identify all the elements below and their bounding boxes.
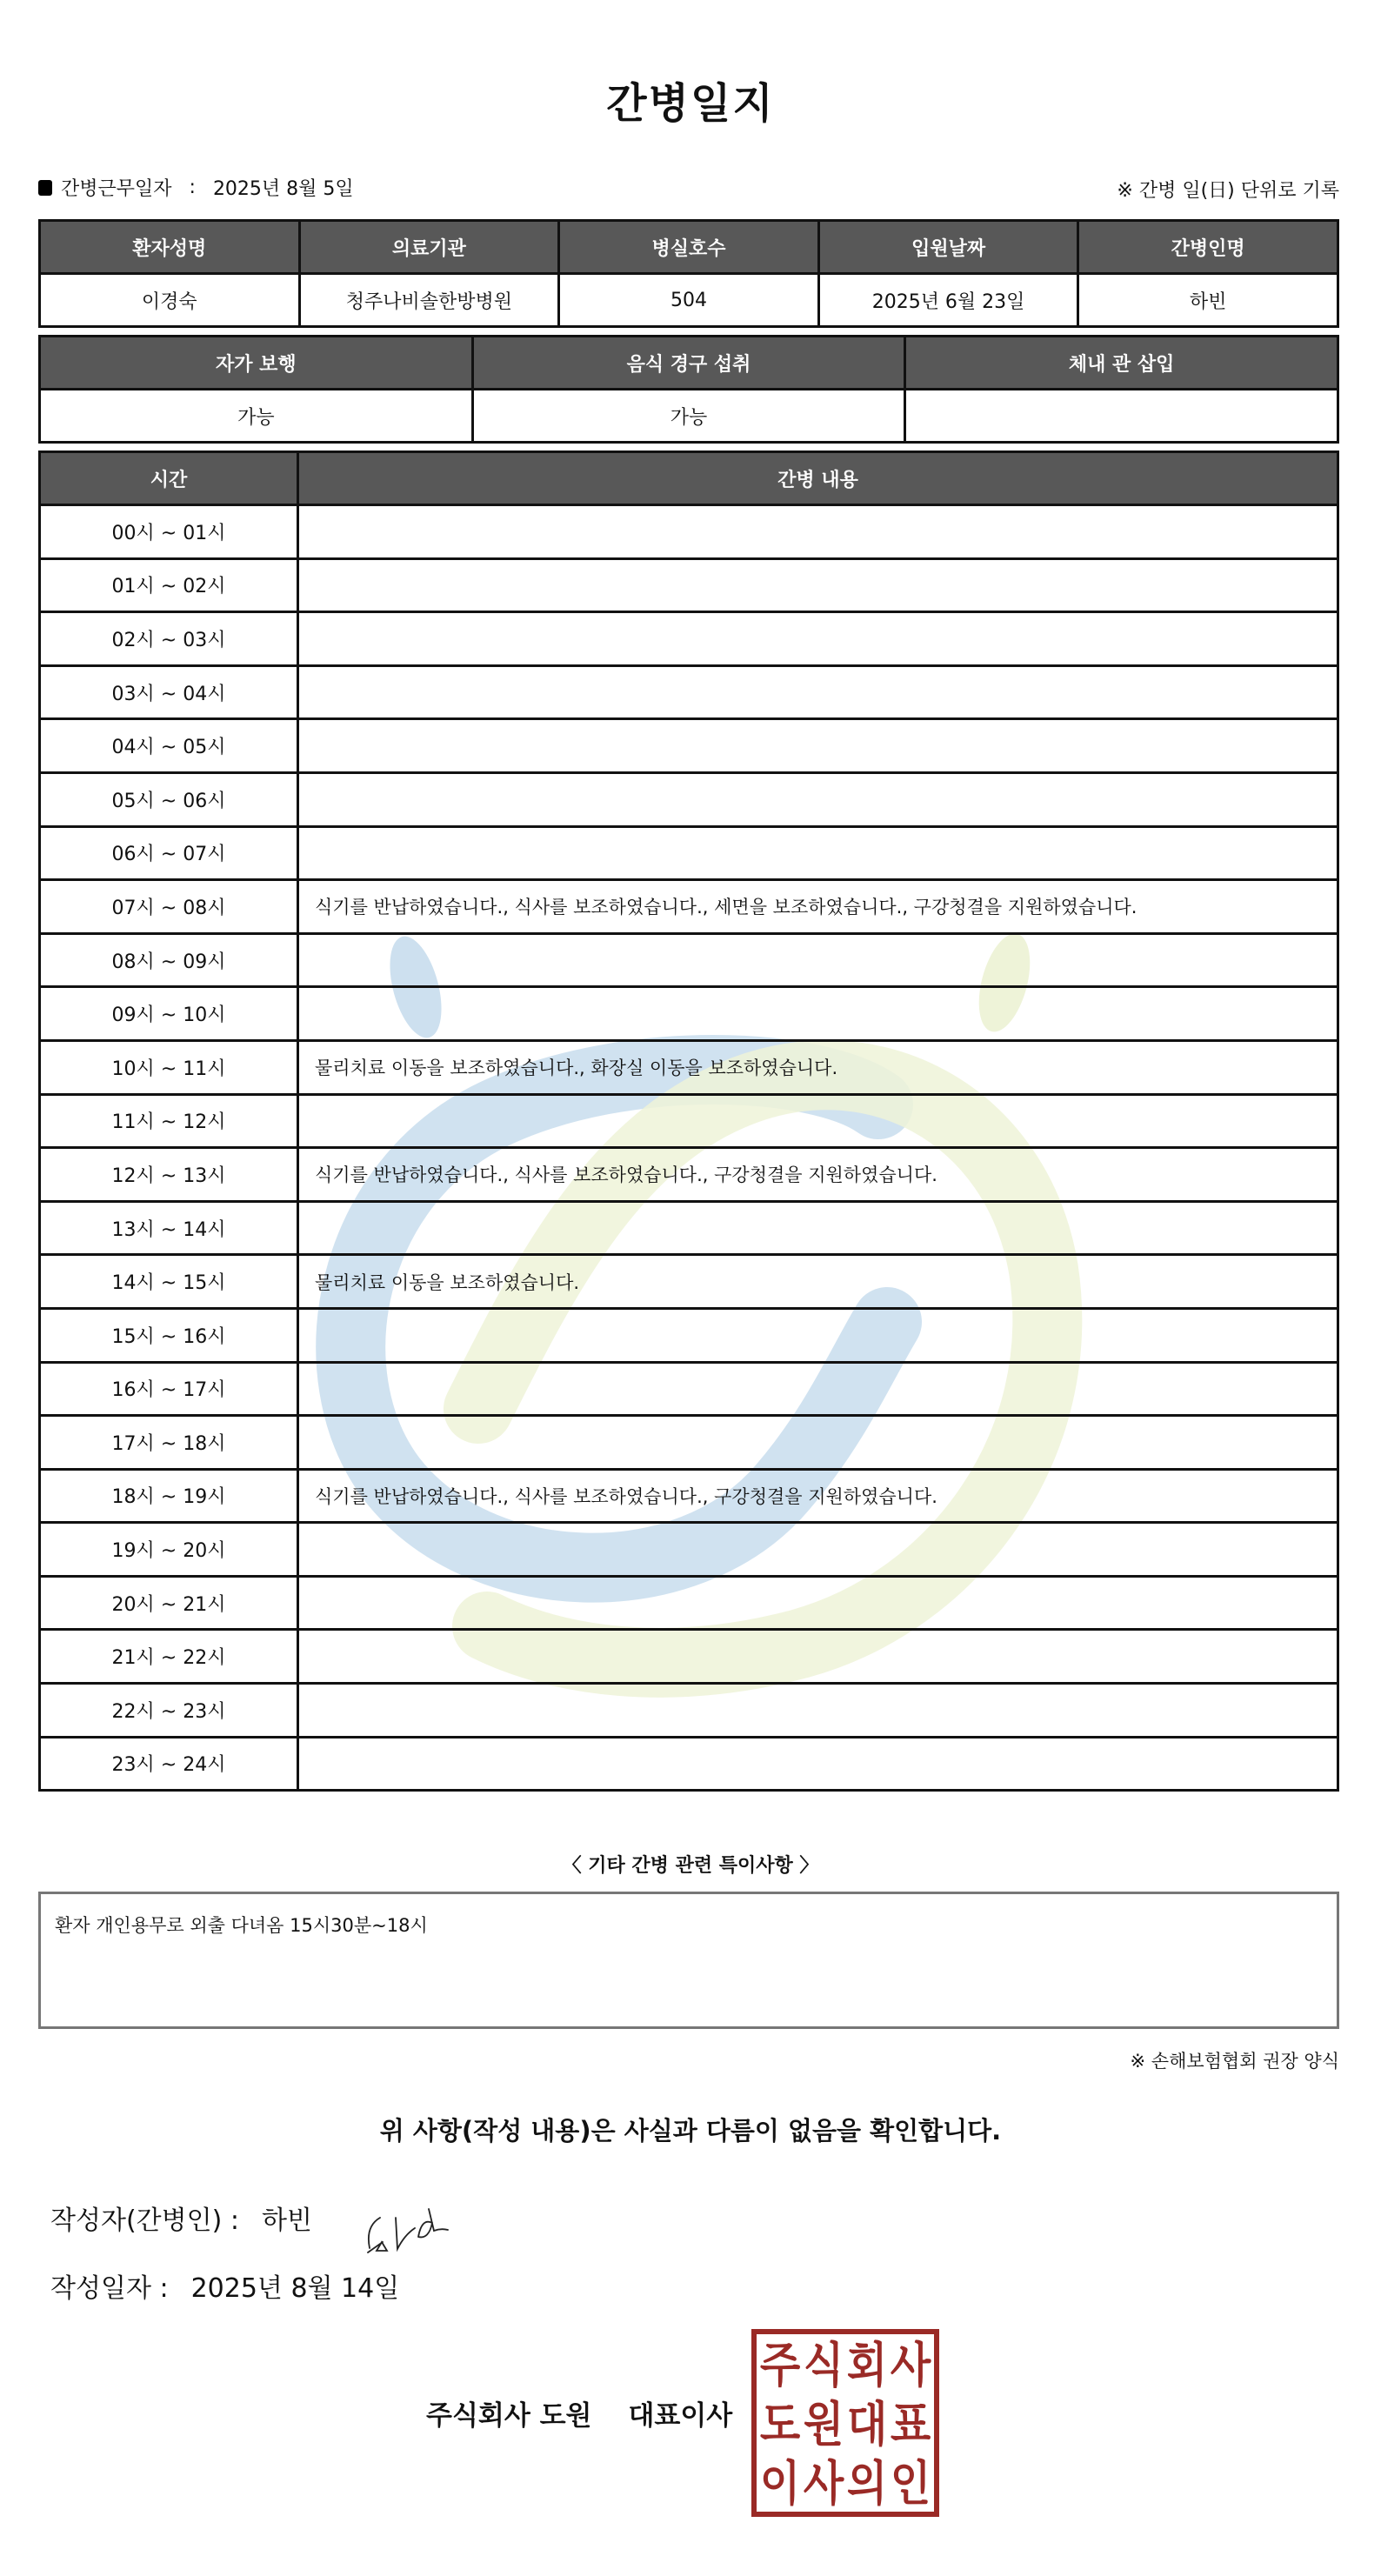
time-slot: 03시 ~ 04시 xyxy=(40,665,298,719)
time-slot: 14시 ~ 15시 xyxy=(40,1255,298,1309)
table-row: 13시 ~ 14시 xyxy=(40,1201,1338,1255)
time-slot: 08시 ~ 09시 xyxy=(40,933,298,987)
unit-note: ※ 간병 일(日) 단위로 기록 xyxy=(1117,176,1339,203)
time-slot: 05시 ~ 06시 xyxy=(40,772,298,826)
table-row: 16시 ~ 17시 xyxy=(40,1362,1338,1416)
header-admission-date: 입원날짜 xyxy=(818,221,1078,274)
header-self-walking: 자가 보행 xyxy=(40,337,473,390)
admission-date: 2025년 6월 23일 xyxy=(818,274,1078,327)
form-source-note: ※ 손해보험협회 권장 양식 xyxy=(1131,2047,1339,2073)
written-date-label: 작성일자 : xyxy=(50,2266,169,2305)
time-slot: 19시 ~ 20시 xyxy=(40,1523,298,1577)
care-content xyxy=(298,505,1338,559)
table-row: 08시 ~ 09시 xyxy=(40,933,1338,987)
time-slot: 07시 ~ 08시 xyxy=(40,880,298,934)
table-row: 05시 ~ 06시 xyxy=(40,772,1338,826)
seal-char: 대 xyxy=(845,2391,889,2459)
care-content xyxy=(298,1684,1338,1738)
confirmation-statement: 위 사항(작성 내용)은 사실과 다름이 없음을 확인합니다. xyxy=(0,2112,1381,2147)
table-row: 15시 ~ 16시 xyxy=(40,1308,1338,1362)
time-slot: 12시 ~ 13시 xyxy=(40,1148,298,1202)
time-slot: 10시 ~ 11시 xyxy=(40,1040,298,1094)
table-row: 21시 ~ 22시 xyxy=(40,1630,1338,1684)
company-line: 주식회사 도원 대표이사 xyxy=(426,2393,732,2433)
work-date-label: 간병근무일자 xyxy=(61,174,172,201)
work-date-separator: : xyxy=(190,177,196,198)
time-slot: 02시 ~ 03시 xyxy=(40,612,298,666)
care-content xyxy=(298,772,1338,826)
care-content: 식기를 반납하였습니다., 식사를 보조하였습니다., 구강청결을 지원하였습니… xyxy=(298,1469,1338,1523)
header-oral-intake: 음식 경구 섭취 xyxy=(472,337,905,390)
table-row: 11시 ~ 12시 xyxy=(40,1094,1338,1148)
time-slot: 09시 ~ 10시 xyxy=(40,987,298,1041)
care-content xyxy=(298,1362,1338,1416)
header-care-content: 간병 내용 xyxy=(298,452,1338,505)
header-institution: 의료기관 xyxy=(299,221,559,274)
work-date-value: 2025년 8월 5일 xyxy=(213,174,354,201)
page-title: 간병일지 xyxy=(0,70,1381,130)
care-content xyxy=(298,1201,1338,1255)
company-name: 주식회사 도원 xyxy=(426,2393,591,2433)
header-caregiver: 간병인명 xyxy=(1078,221,1338,274)
institution: 청주나비솔한방병원 xyxy=(299,274,559,327)
time-slot: 21시 ~ 22시 xyxy=(40,1630,298,1684)
care-content xyxy=(298,558,1338,612)
seal-char: 의 xyxy=(845,2450,889,2518)
seal-char: 주 xyxy=(758,2332,802,2399)
time-slot: 22시 ~ 23시 xyxy=(40,1684,298,1738)
square-bullet-icon xyxy=(38,180,52,196)
care-content xyxy=(298,1737,1338,1791)
time-slot: 18시 ~ 19시 xyxy=(40,1469,298,1523)
table-row: 04시 ~ 05시 xyxy=(40,719,1338,773)
patient-status-table: 자가 보행 음식 경구 섭취 체내 관 삽입 가능 가능 xyxy=(38,335,1339,444)
time-slot: 20시 ~ 21시 xyxy=(40,1576,298,1630)
patient-info-table: 환자성명 의료기관 병실호수 입원날짜 간병인명 이경숙 청주나비솔한방병원 5… xyxy=(38,219,1339,328)
seal-char: 회 xyxy=(845,2332,889,2399)
seal-char: 사 xyxy=(889,2332,932,2399)
seal-char: 사 xyxy=(802,2450,845,2518)
time-slot: 06시 ~ 07시 xyxy=(40,826,298,880)
care-content xyxy=(298,1416,1338,1470)
time-slot: 17시 ~ 18시 xyxy=(40,1416,298,1470)
table-row: 14시 ~ 15시물리치료 이동을 보조하였습니다. xyxy=(40,1255,1338,1309)
table-row: 01시 ~ 02시 xyxy=(40,558,1338,612)
care-content xyxy=(298,612,1338,666)
special-notes-text: 환자 개인용무로 외출 다녀옴 15시30분~18시 xyxy=(55,1912,428,1938)
author-name: 하빈 xyxy=(262,2199,312,2237)
seal-char: 이 xyxy=(758,2450,802,2518)
time-slot: 11시 ~ 12시 xyxy=(40,1094,298,1148)
header-room: 병실호수 xyxy=(559,221,819,274)
company-title: 대표이사 xyxy=(628,2393,732,2433)
care-content: 식기를 반납하였습니다., 식사를 보조하였습니다., 구강청결을 지원하였습니… xyxy=(298,1148,1338,1202)
header-patient-name: 환자성명 xyxy=(40,221,300,274)
header-time: 시간 xyxy=(40,452,298,505)
seal-char: 인 xyxy=(889,2450,932,2518)
table-row: 22시 ~ 23시 xyxy=(40,1684,1338,1738)
care-content xyxy=(298,1308,1338,1362)
care-content xyxy=(298,719,1338,773)
table-row: 20시 ~ 21시 xyxy=(40,1576,1338,1630)
time-slot: 15시 ~ 16시 xyxy=(40,1308,298,1362)
table-row: 00시 ~ 01시 xyxy=(40,505,1338,559)
table-row: 09시 ~ 10시 xyxy=(40,987,1338,1041)
author-label: 작성자(간병인) : xyxy=(50,2199,239,2237)
caregiver-name: 하빈 xyxy=(1078,274,1338,327)
written-date-line: 작성일자 : 2025년 8월 14일 xyxy=(50,2266,399,2305)
table-row: 03시 ~ 04시 xyxy=(40,665,1338,719)
time-slot: 01시 ~ 02시 xyxy=(40,558,298,612)
header-tube-insertion: 체내 관 삽입 xyxy=(905,337,1338,390)
time-slot: 04시 ~ 05시 xyxy=(40,719,298,773)
table-row: 12시 ~ 13시식기를 반납하였습니다., 식사를 보조하였습니다., 구강청… xyxy=(40,1148,1338,1202)
table-row: 10시 ~ 11시물리치료 이동을 보조하였습니다., 화장실 이동을 보조하였… xyxy=(40,1040,1338,1094)
self-walking-value: 가능 xyxy=(40,390,473,443)
care-content xyxy=(298,1630,1338,1684)
seal-char: 식 xyxy=(802,2332,845,2399)
table-row: 18시 ~ 19시식기를 반납하였습니다., 식사를 보조하였습니다., 구강청… xyxy=(40,1469,1338,1523)
room-number: 504 xyxy=(559,274,819,327)
time-slot: 13시 ~ 14시 xyxy=(40,1201,298,1255)
company-seal-icon: 주식회사도원대표이사의인 xyxy=(751,2329,939,2517)
special-notes-title: 〈 기타 간병 관련 특이사항 〉 xyxy=(0,1851,1381,1878)
table-row: 07시 ~ 08시식기를 반납하였습니다., 식사를 보조하였습니다., 세면을… xyxy=(40,880,1338,934)
signature-icon xyxy=(361,2192,491,2261)
time-slot: 23시 ~ 24시 xyxy=(40,1737,298,1791)
table-row: 23시 ~ 24시 xyxy=(40,1737,1338,1791)
table-row: 06시 ~ 07시 xyxy=(40,826,1338,880)
care-content xyxy=(298,1523,1338,1577)
care-content: 물리치료 이동을 보조하였습니다. xyxy=(298,1255,1338,1309)
care-content: 식기를 반납하였습니다., 식사를 보조하였습니다., 세면을 보조하였습니다.… xyxy=(298,880,1338,934)
work-date-line: 간병근무일자 : 2025년 8월 5일 xyxy=(38,174,354,201)
seal-char: 도 xyxy=(758,2391,802,2459)
patient-name: 이경숙 xyxy=(40,274,300,327)
time-slot: 16시 ~ 17시 xyxy=(40,1362,298,1416)
care-content: 물리치료 이동을 보조하였습니다., 화장실 이동을 보조하였습니다. xyxy=(298,1040,1338,1094)
author-line: 작성자(간병인) : 하빈 xyxy=(50,2199,312,2237)
care-content xyxy=(298,987,1338,1041)
table-row: 02시 ~ 03시 xyxy=(40,612,1338,666)
seal-char: 원 xyxy=(802,2391,845,2459)
care-content xyxy=(298,826,1338,880)
care-content xyxy=(298,1094,1338,1148)
care-log-table: 시간 간병 내용 00시 ~ 01시01시 ~ 02시02시 ~ 03시03시 … xyxy=(38,450,1339,1792)
care-content xyxy=(298,933,1338,987)
table-row: 17시 ~ 18시 xyxy=(40,1416,1338,1470)
seal-char: 표 xyxy=(889,2391,932,2459)
written-date-value: 2025년 8월 14일 xyxy=(191,2266,400,2305)
care-content xyxy=(298,665,1338,719)
oral-intake-value: 가능 xyxy=(472,390,905,443)
special-notes-box: 환자 개인용무로 외출 다녀옴 15시30분~18시 xyxy=(38,1892,1339,2029)
care-content xyxy=(298,1576,1338,1630)
time-slot: 00시 ~ 01시 xyxy=(40,505,298,559)
table-row: 19시 ~ 20시 xyxy=(40,1523,1338,1577)
tube-insertion-value xyxy=(905,390,1338,443)
